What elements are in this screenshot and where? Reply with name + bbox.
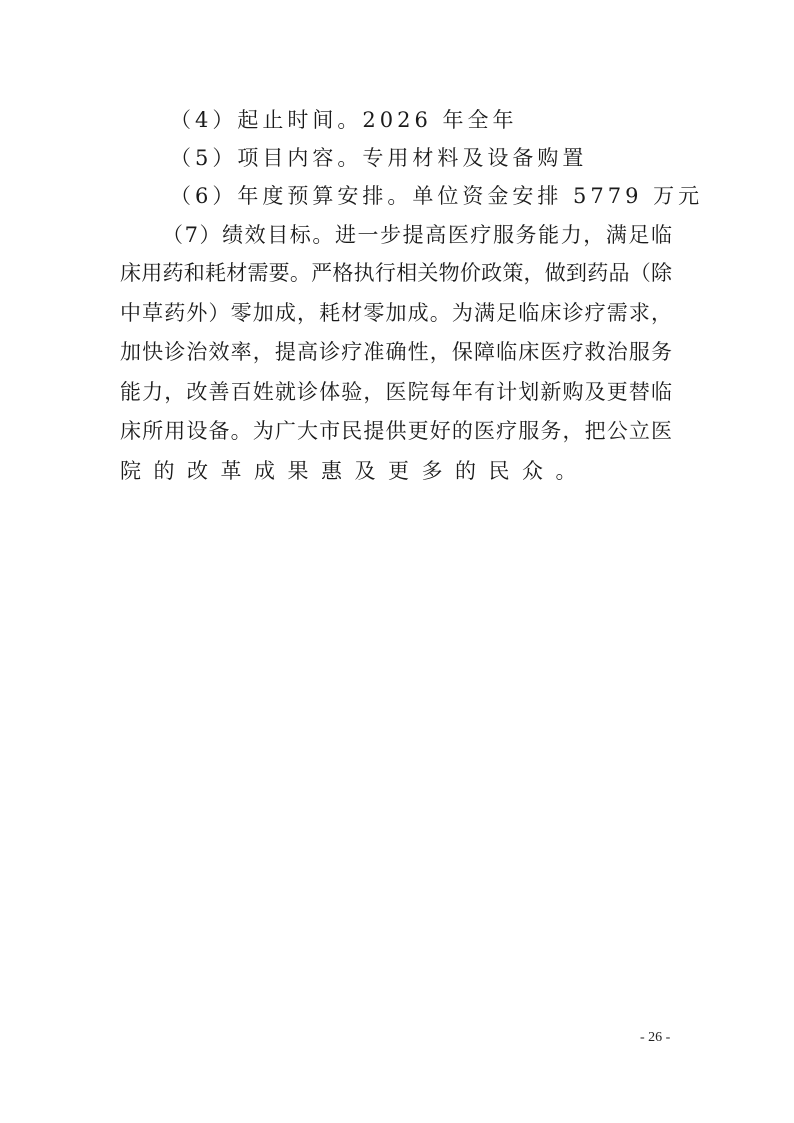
paragraph-line: 床所用设备。为广大市民提供更好的医疗服务，把公立医: [120, 412, 672, 451]
document-page: （4）起止时间。2026 年全年 （5）项目内容。专用材料及设备购置 （6）年度…: [0, 0, 794, 1123]
paragraph-line: 院的改革成果惠及更多的民众。: [120, 452, 589, 491]
paragraph-line: 加快诊治效率，提高诊疗准确性，保障临床医疗救治服务: [120, 333, 672, 372]
paragraph-line: 能力，改善百姓就诊体验，医院每年有计划新购及更替临: [120, 373, 672, 412]
paragraph-line: 中草药外）零加成，耗材零加成。为满足临床诊疗需求，: [120, 294, 672, 333]
item-start-time: （4）起止时间。2026 年全年: [170, 101, 517, 140]
item-annual-budget: （6）年度预算安排。单位资金安排 5779 万元: [170, 177, 703, 216]
page-number: - 26 -: [640, 1030, 670, 1046]
paragraph-line: 床用药和耗材需要。严格执行相关物价政策，做到药品（除: [120, 254, 672, 293]
item-project-content: （5）项目内容。专用材料及设备购置: [170, 139, 587, 178]
paragraph-line: （7）绩效目标。进一步提高医疗服务能力，满足临: [162, 216, 672, 255]
